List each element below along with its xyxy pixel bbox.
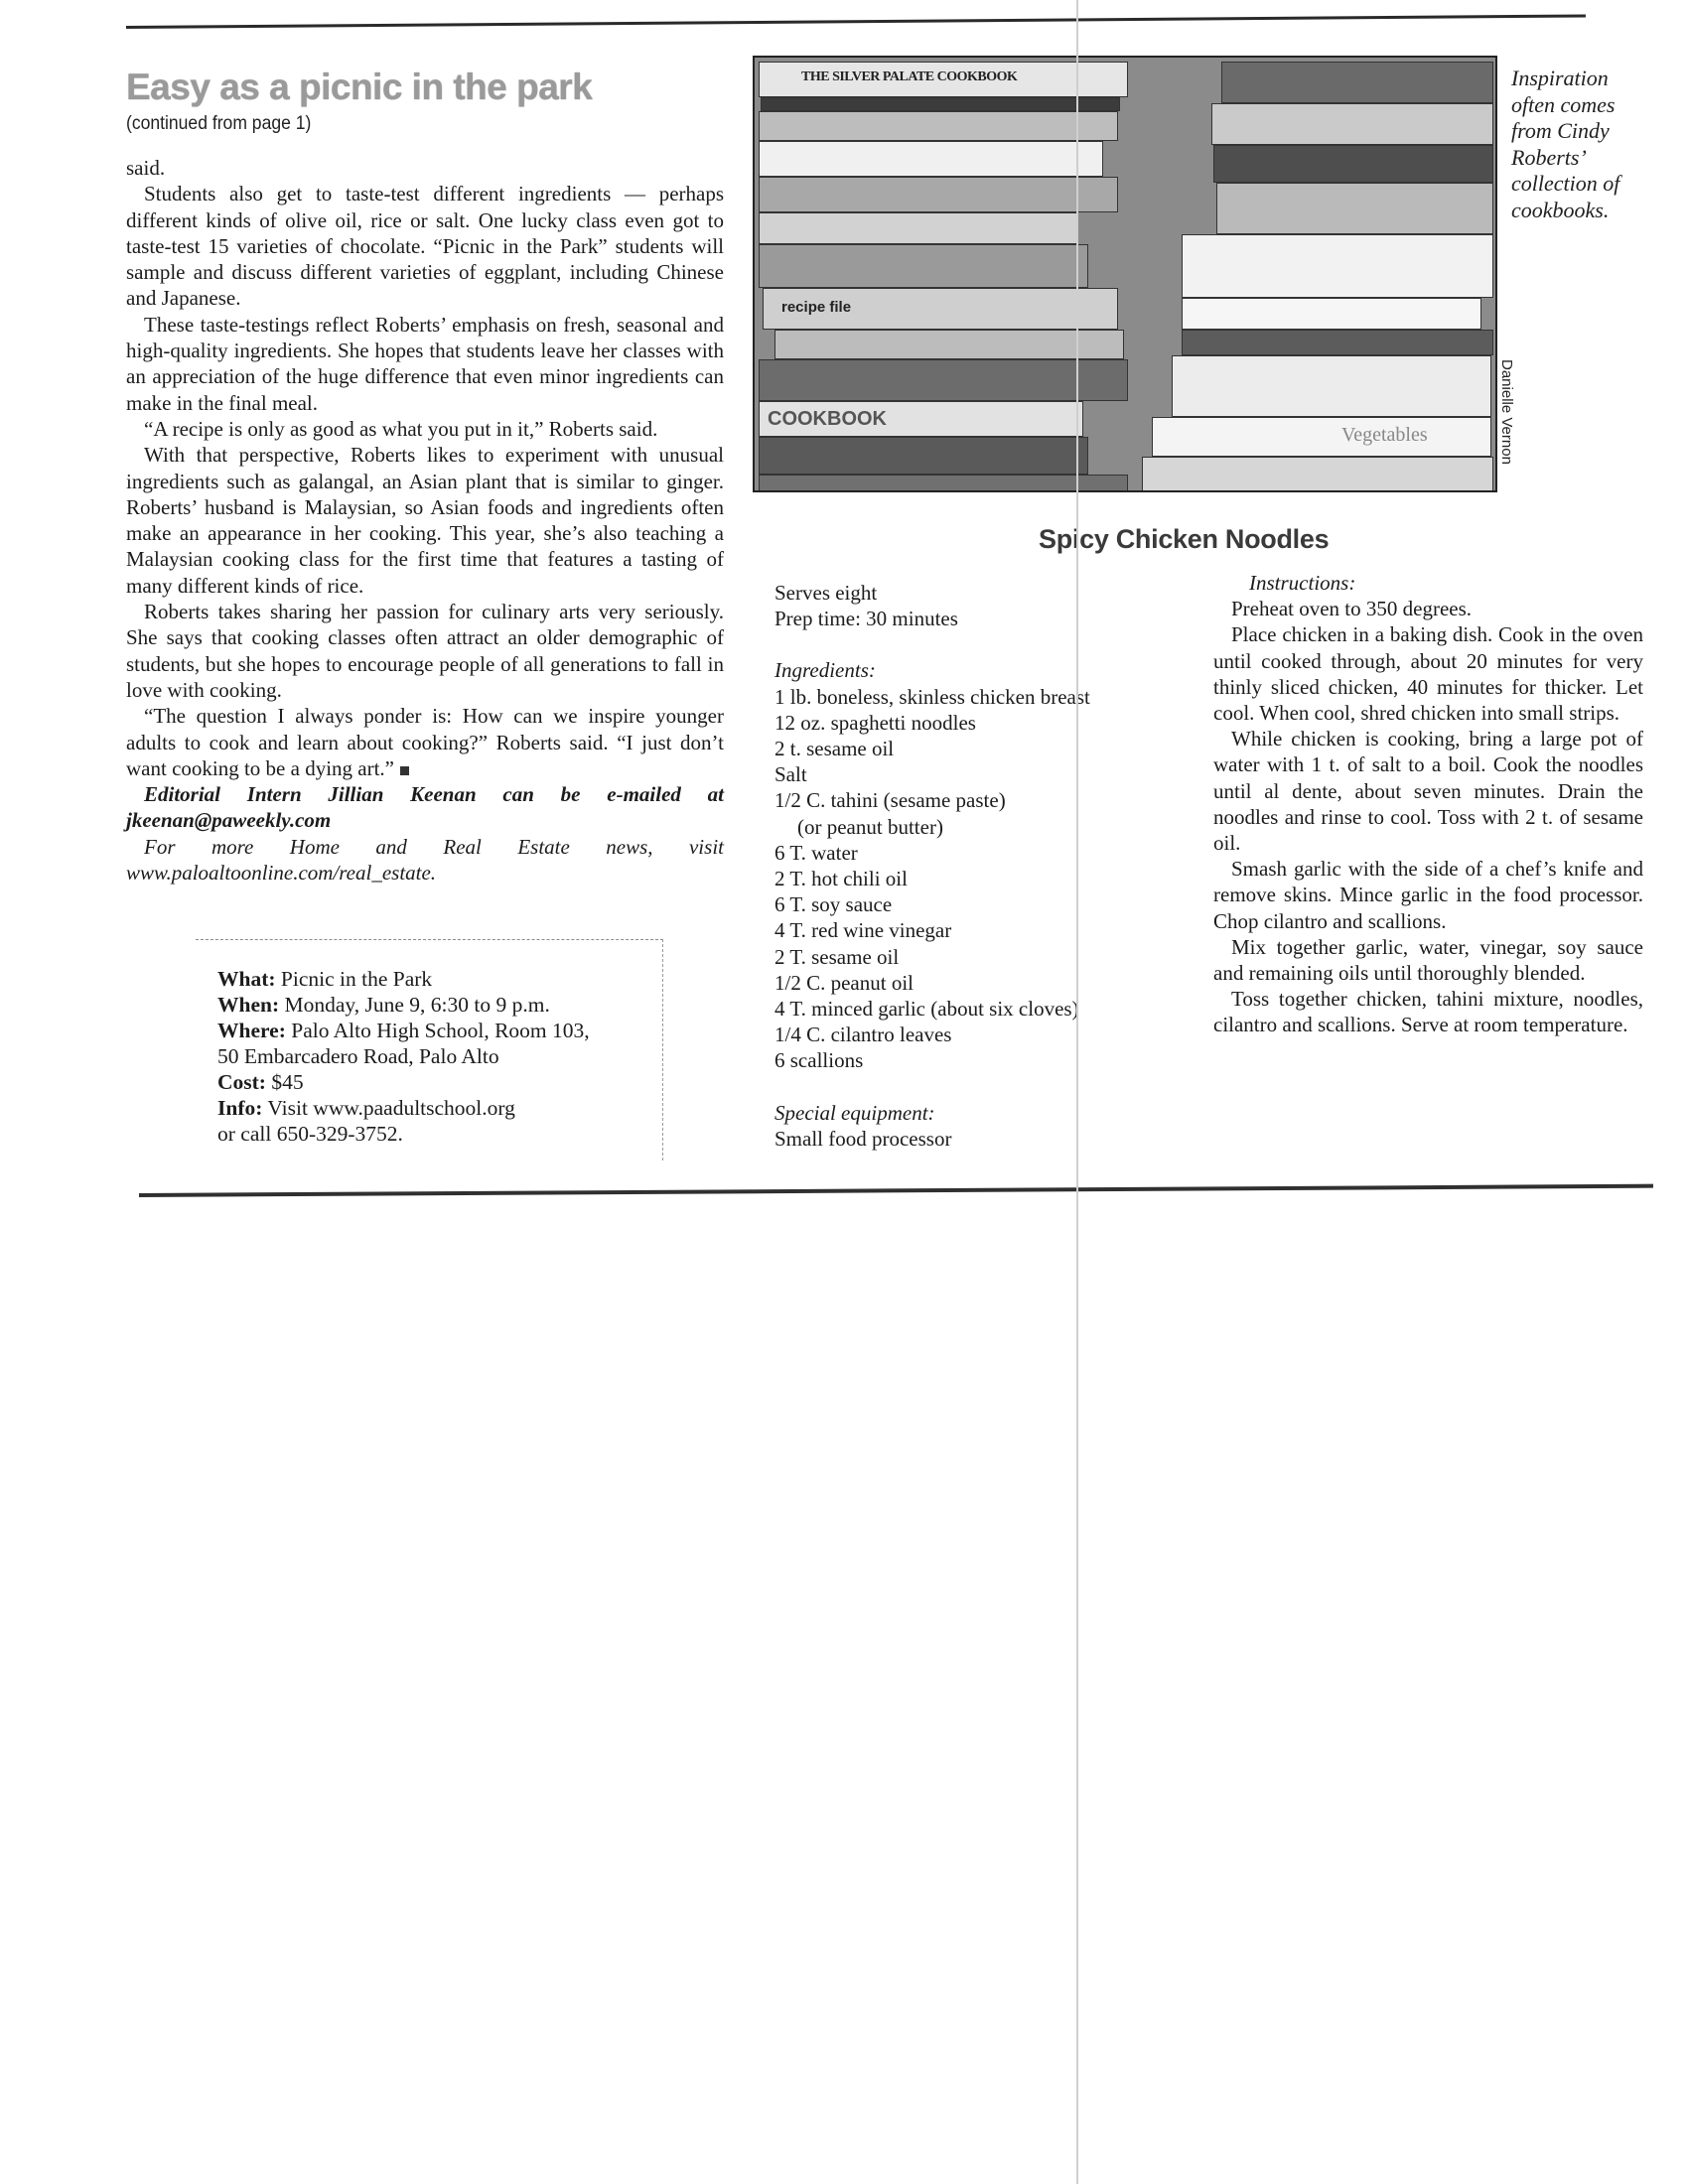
ingredient-item: 1/4 C. cilantro leaves xyxy=(774,1022,1192,1047)
recipe-instructions-column: Instructions: Preheat oven to 350 degree… xyxy=(1213,570,1643,1038)
more-news-note: For more Home and Real Estate news, visi… xyxy=(126,834,724,887)
ingredients-label: Ingredients: xyxy=(774,657,1192,683)
book-spine xyxy=(759,212,1078,244)
ingredient-item: 4 T. minced garlic (about six cloves) xyxy=(774,996,1192,1022)
article-paragraph: Roberts takes sharing her passion for cu… xyxy=(126,599,724,703)
scan-fold-line xyxy=(1076,0,1078,2184)
book-spine-text: Vegetables xyxy=(1341,424,1428,447)
article-headline: Easy as a picnic in the park xyxy=(126,68,724,107)
ingredient-item: 1 lb. boneless, skinless chicken breast xyxy=(774,684,1192,710)
recipe-prep-time: Prep time: 30 minutes xyxy=(774,606,1192,631)
photo-credit: Danielle Vernon xyxy=(1498,359,1515,465)
ingredient-item: 6 T. soy sauce xyxy=(774,891,1192,917)
continued-from-label: (continued from page 1) xyxy=(126,111,664,135)
ingredient-item: 1/2 C. peanut oil xyxy=(774,970,1192,996)
instruction-step: While chicken is cooking, bring a large … xyxy=(1213,726,1643,856)
book-spine xyxy=(759,177,1118,212)
ingredient-item: Salt xyxy=(774,761,1192,787)
article-paragraph: With that perspective, Roberts likes to … xyxy=(126,442,724,599)
instruction-step: Toss together chicken, tahini mixture, n… xyxy=(1213,986,1643,1037)
book-spine-text: COOKBOOK xyxy=(768,408,887,431)
author-byline: Editorial Intern Jillian Keenan can be e… xyxy=(126,781,724,834)
end-of-story-mark xyxy=(400,766,409,775)
event-where-line2: 50 Embarcadero Road, Palo Alto xyxy=(217,1043,662,1069)
book-spine xyxy=(1172,355,1491,417)
article-paragraph: These taste-testings reflect Roberts’ em… xyxy=(126,312,724,416)
book-spine xyxy=(1182,234,1493,298)
article-paragraph: said. xyxy=(126,155,724,181)
instruction-step: Smash garlic with the side of a chef’s k… xyxy=(1213,856,1643,934)
equipment-label: Special equipment: xyxy=(774,1100,1192,1126)
book-spine: recipe file xyxy=(763,288,1118,330)
book-spine xyxy=(774,330,1124,359)
equipment-item: Small food processor xyxy=(774,1126,1192,1152)
instruction-step: Mix together garlic, water, vinegar, soy… xyxy=(1213,934,1643,986)
ingredient-item: 2 t. sesame oil xyxy=(774,736,1192,761)
article-paragraph: “A recipe is only as good as what you pu… xyxy=(126,416,724,442)
book-spine xyxy=(759,475,1128,492)
bottom-rule xyxy=(139,1184,1653,1197)
event-info-line2: or call 650-329-3752. xyxy=(217,1121,662,1147)
recipe-ingredients-column: Serves eight Prep time: 30 minutes Ingre… xyxy=(774,580,1192,1152)
ingredient-item: 4 T. red wine vinegar xyxy=(774,917,1192,943)
book-spine xyxy=(1221,62,1493,103)
instruction-step: Preheat oven to 350 degrees. xyxy=(1213,596,1643,621)
ingredient-item: 1/2 C. tahini (sesame paste) xyxy=(774,787,1192,813)
ingredient-item: 12 oz. spaghetti noodles xyxy=(774,710,1192,736)
book-spine xyxy=(761,97,1120,111)
book-spine-text: THE SILVER PALATE COOKBOOK xyxy=(801,69,1017,85)
book-spine xyxy=(1182,330,1493,355)
top-rule xyxy=(126,14,1586,29)
event-where: Where: Palo Alto High School, Room 103, xyxy=(217,1018,662,1043)
instruction-step: Place chicken in a baking dish. Cook in … xyxy=(1213,621,1643,726)
book-spine: THE SILVER PALATE COOKBOOK xyxy=(759,62,1128,97)
ingredient-item: 6 T. water xyxy=(774,840,1192,866)
book-spine xyxy=(1142,457,1493,492)
article-column: Easy as a picnic in the park (continued … xyxy=(126,68,724,886)
book-spine xyxy=(759,244,1088,288)
ingredient-item: 6 scallions xyxy=(774,1047,1192,1073)
article-paragraph-text: “The question I always ponder is: How ca… xyxy=(126,704,724,780)
instructions-label: Instructions: xyxy=(1231,570,1643,596)
event-info-box: What: Picnic in the Park When: Monday, J… xyxy=(196,939,663,1160)
book-spine xyxy=(759,141,1103,177)
book-spine: COOKBOOK xyxy=(759,401,1083,437)
article-body: said. Students also get to taste-test di… xyxy=(126,155,724,886)
cookbooks-photo: THE SILVER PALATE COOKBOOK recipe file C… xyxy=(753,56,1497,492)
ingredient-item-note: (or peanut butter) xyxy=(774,814,1192,840)
event-cost: Cost: $45 xyxy=(217,1069,662,1095)
event-info: Info: Visit www.paadultschool.org xyxy=(217,1095,662,1121)
book-spine xyxy=(759,437,1088,475)
book-spine xyxy=(1213,145,1493,183)
ingredient-item: 2 T. sesame oil xyxy=(774,944,1192,970)
book-spine: Vegetables xyxy=(1152,417,1491,457)
article-paragraph-last: “The question I always ponder is: How ca… xyxy=(126,703,724,781)
book-spine xyxy=(1216,183,1493,234)
book-spine xyxy=(1211,103,1493,145)
photo-caption: Inspiration often comes from Cindy Rober… xyxy=(1511,66,1650,223)
book-spine xyxy=(759,359,1128,401)
article-paragraph: Students also get to taste-test differen… xyxy=(126,181,724,311)
book-spine-text: recipe file xyxy=(781,299,851,316)
event-when: When: Monday, June 9, 6:30 to 9 p.m. xyxy=(217,992,662,1018)
recipe-title: Spicy Chicken Noodles xyxy=(1039,524,1329,555)
book-spine xyxy=(759,111,1118,141)
book-spine xyxy=(1182,298,1481,330)
event-what: What: Picnic in the Park xyxy=(217,966,662,992)
ingredient-item: 2 T. hot chili oil xyxy=(774,866,1192,891)
recipe-serves: Serves eight xyxy=(774,580,1192,606)
